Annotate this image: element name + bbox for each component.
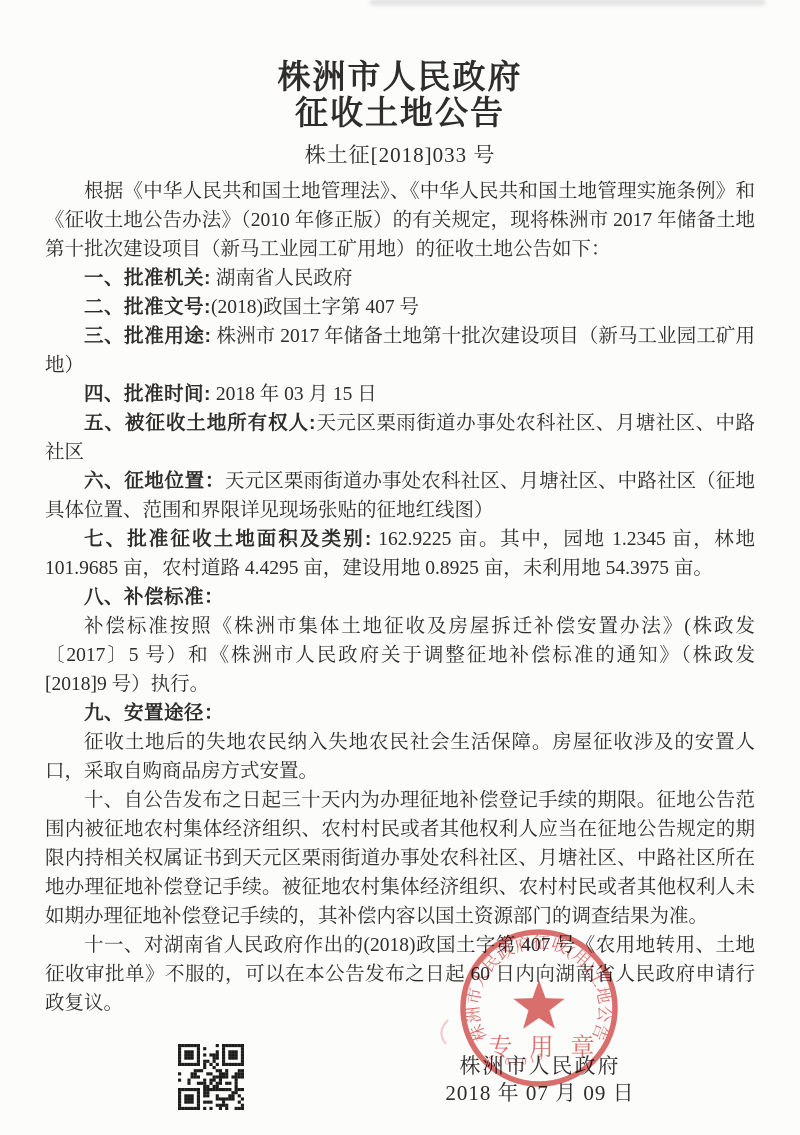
- paragraph-item-8: 八、补偿标准：: [45, 583, 755, 612]
- paragraph-text: 十一、对湖南省人民政府作出的(2018)政国土字第 407 号《农用地转用、土地…: [45, 935, 755, 1014]
- scan-artifact-top-edge: [370, 0, 765, 5]
- paragraph-text: 根据《中华人民共和国土地管理法》、《中华人民共和国土地管理实施条例》和《征收土地…: [45, 181, 755, 260]
- paragraph-text: 2018 年 03 月 15 日: [211, 384, 377, 405]
- paragraph-label: 五、被征收土地所有权人:: [84, 412, 316, 434]
- paragraph-item-8-body: 补偿标准按照《株洲市集体土地征收及房屋拆迁补偿安置办法》(株政发〔2017〕5 …: [45, 612, 755, 699]
- paragraph-label: 三、批准用途:: [84, 325, 212, 347]
- paragraph-item-1: 一、批准机关: 湖南省人民政府: [45, 264, 755, 293]
- paragraph-item-10: 十、自公告发布之日起三十天内为办理征地补偿登记手续的期限。征地公告范围内被征地农…: [45, 786, 755, 931]
- paragraph-label: 六、征地位置：: [84, 470, 225, 492]
- paragraph-item-9-body: 征收土地后的失地农民纳入失地农民社会生活保障。房屋征收涉及的安置人口，采取自购商…: [45, 728, 755, 786]
- paragraph-item-11: 十一、对湖南省人民政府作出的(2018)政国土字第 407 号《农用地转用、土地…: [45, 931, 755, 1018]
- seal-stray-mark: [441, 1020, 448, 1044]
- paragraph-text: 湖南省人民政府: [211, 268, 352, 289]
- document-page: 株洲市人民政府 征收土地公告 株土征[2018]033 号 根据《中华人民共和国…: [0, 0, 800, 1135]
- document-title-line1: 株洲市人民政府: [45, 60, 755, 96]
- document-body: 根据《中华人民共和国土地管理法》、《中华人民共和国土地管理实施条例》和《征收土地…: [45, 177, 755, 1018]
- paragraph-text: 补偿标准按照《株洲市集体土地征收及房屋拆迁补偿安置办法》(株政发〔2017〕5 …: [45, 616, 755, 695]
- paragraph-label: 二、批准文号:: [84, 296, 211, 318]
- document-number: 株土征[2018]033 号: [45, 139, 755, 169]
- paragraph-item-4: 四、批准时间: 2018 年 03 月 15 日: [45, 380, 755, 409]
- paragraph-item-9: 九、安置途径：: [45, 699, 755, 728]
- document-title: 株洲市人民政府 征收土地公告: [45, 60, 755, 132]
- paragraph-label: 九、安置途径：: [84, 702, 224, 724]
- paragraph-item-6: 六、征地位置：天元区栗雨街道办事处农科社区、月塘社区、中路社区（征地具体位置、范…: [45, 467, 755, 525]
- paragraph-intro: 根据《中华人民共和国土地管理法》、《中华人民共和国土地管理实施条例》和《征收土地…: [45, 177, 755, 264]
- paragraph-item-5: 五、被征收土地所有权人:天元区栗雨街道办事处农科社区、月塘社区、中路社区: [45, 409, 755, 467]
- paragraph-label: 一、批准机关:: [84, 267, 211, 289]
- paragraph-text: (2018)政国土字第 407 号: [211, 297, 419, 318]
- star-icon: [513, 980, 564, 1029]
- official-seal: 株洲市人民政府征收(用)土地公告 专用章 43020191047: [430, 916, 630, 1101]
- paragraph-label: 七、批准征收土地面积及类别:: [84, 528, 372, 550]
- paragraph-item-7: 七、批准征收土地面积及类别: 162.9225 亩。其中，园地 1.2345 亩…: [45, 525, 755, 583]
- document-title-line2: 征收土地公告: [45, 96, 755, 132]
- paragraph-item-2: 二、批准文号:(2018)政国土字第 407 号: [45, 293, 755, 322]
- paragraph-item-3: 三、批准用途: 株洲市 2017 年储备土地第十批次建设项目（新马工业园工矿用地…: [45, 322, 755, 380]
- paragraph-label: 四、批准时间:: [84, 383, 211, 405]
- qr-code: [178, 1044, 244, 1110]
- document-content: 株洲市人民政府 征收土地公告 株土征[2018]033 号 根据《中华人民共和国…: [0, 0, 800, 1018]
- paragraph-text: 征收土地后的失地农民纳入失地农民社会生活保障。房屋征收涉及的安置人口，采取自购商…: [45, 732, 755, 782]
- paragraph-text: 十、自公告发布之日起三十天内为办理征地补偿登记手续的期限。征地公告范围内被征地农…: [45, 790, 755, 927]
- paragraph-label: 八、补偿标准：: [84, 586, 224, 608]
